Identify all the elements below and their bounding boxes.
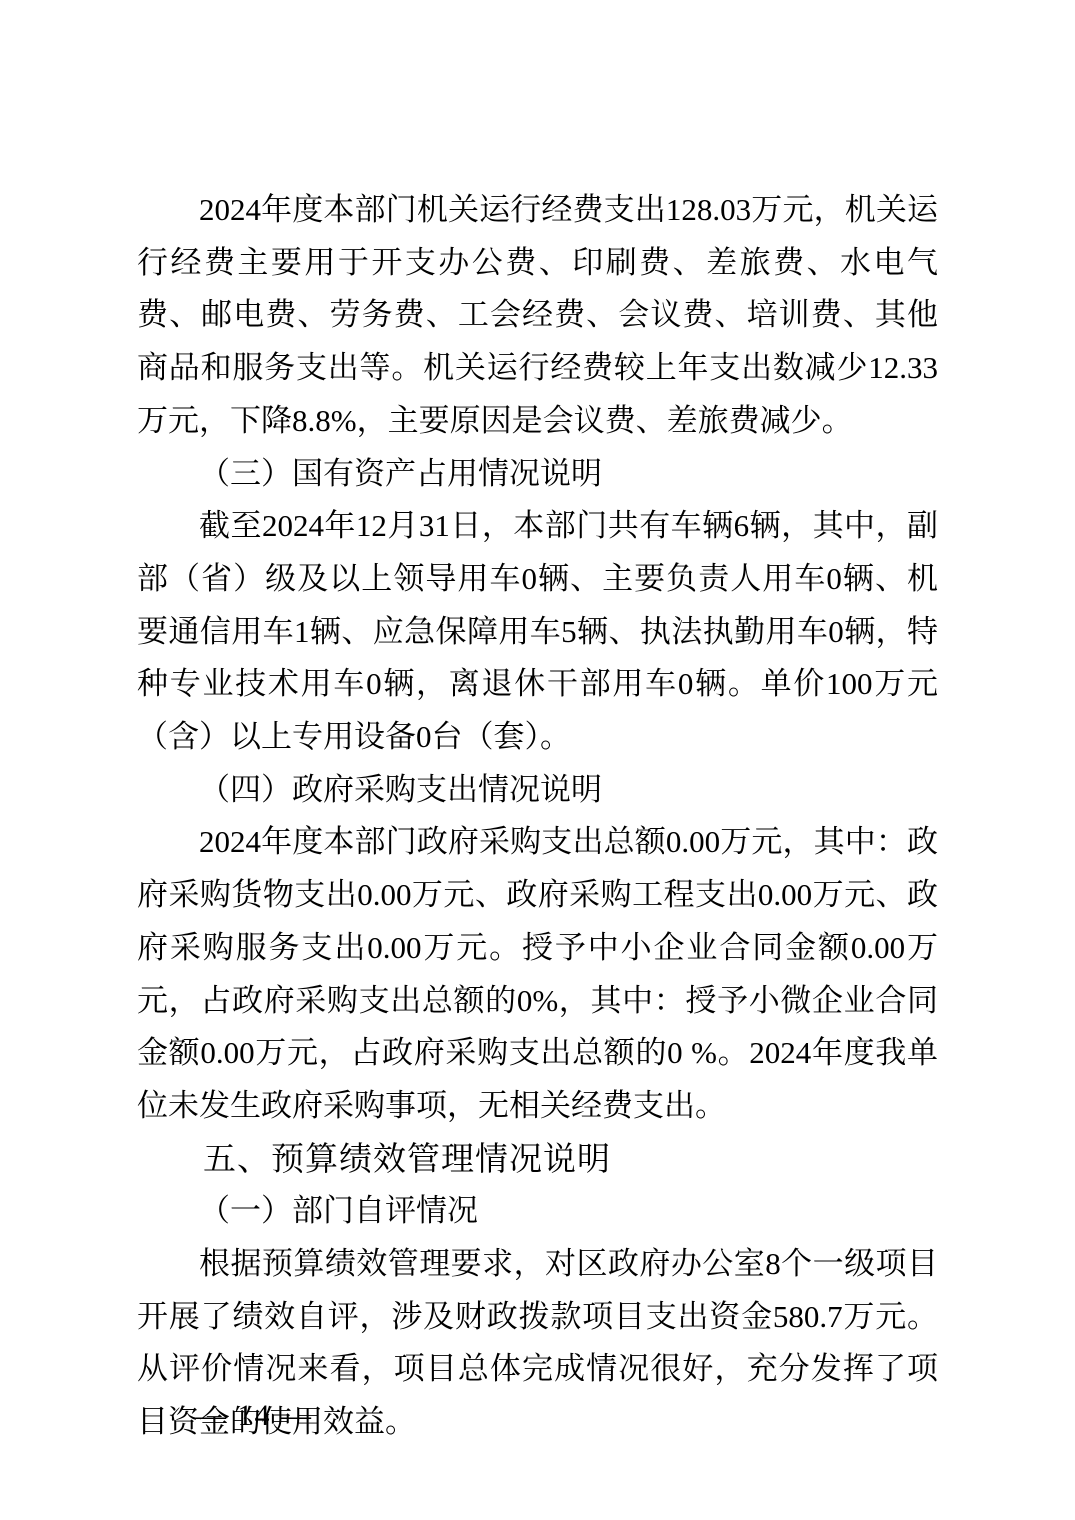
page-footer: — 14 — xyxy=(158,1356,313,1476)
page-content: 2024年度本部门机关运行经费支出128.03万元，机关运行经费主要用于开支办公… xyxy=(137,184,938,1449)
heading-state-assets-occupancy: （三）国有资产占用情况说明 xyxy=(137,448,938,501)
page-number: — 14 — xyxy=(196,1399,313,1432)
heading-budget-performance-management: 五、预算绩效管理情况说明 xyxy=(137,1133,938,1186)
paragraph-government-procurement: 2024年度本部门政府采购支出总额0.00万元，其中：政府采购货物支出0.00万… xyxy=(137,816,938,1132)
heading-government-procurement: （四）政府采购支出情况说明 xyxy=(137,764,938,817)
paragraph-operating-expenses: 2024年度本部门机关运行经费支出128.03万元，机关运行经费主要用于开支办公… xyxy=(137,184,938,448)
document-page: 2024年度本部门机关运行经费支出128.03万元，机关运行经费主要用于开支办公… xyxy=(0,0,1075,1520)
paragraph-state-assets-occupancy: 截至2024年12月31日，本部门共有车辆6辆，其中，副部（省）级及以上领导用车… xyxy=(137,500,938,764)
heading-department-self-evaluation: （一）部门自评情况 xyxy=(137,1185,938,1238)
